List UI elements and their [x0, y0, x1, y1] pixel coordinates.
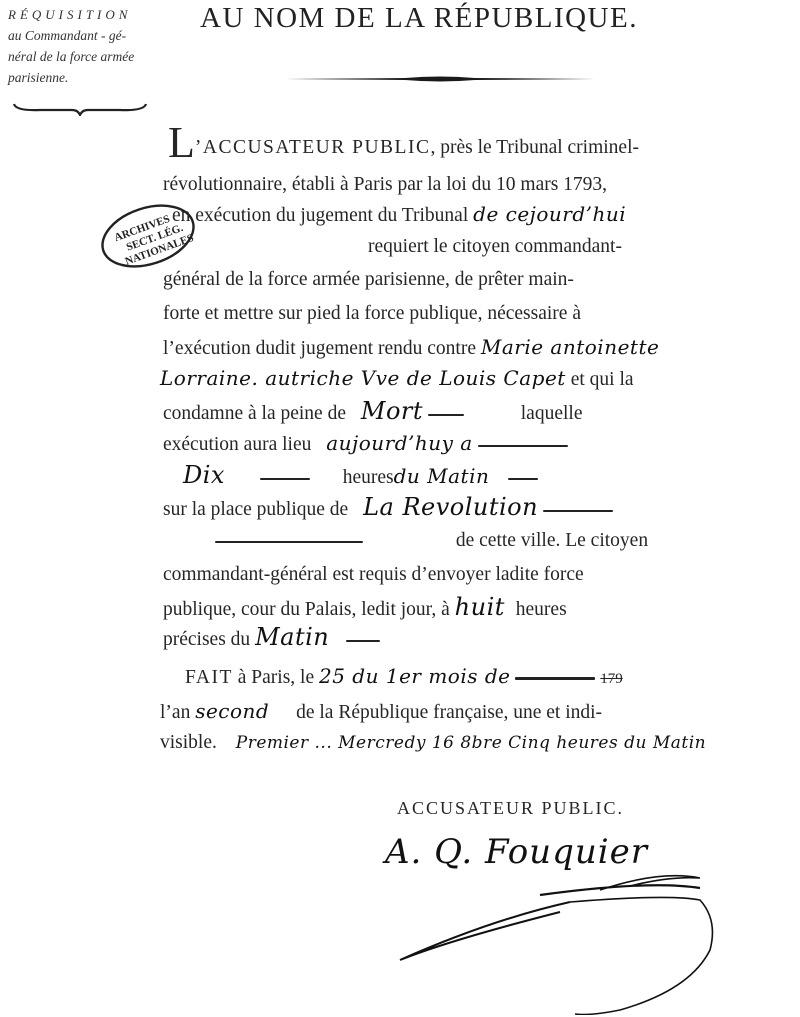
- body-text: de la République française, une et indi-: [296, 702, 602, 723]
- body-text: l’an: [160, 702, 190, 723]
- dash-line: [508, 478, 538, 480]
- handwritten-sentence: Mort: [361, 397, 423, 425]
- an-line: l’an second de la République française, …: [160, 698, 602, 726]
- strikethrough-line: [515, 677, 595, 680]
- body-text: heures: [343, 467, 394, 488]
- handwritten-place: La Revolution: [363, 493, 538, 521]
- body-text: de cette ville. Le citoyen: [456, 530, 648, 551]
- body-line-1: L’ACCUSATEUR PUBLIC, près le Tribunal cr…: [168, 123, 639, 163]
- body-line-14: commandant-général est requis d’envoyer …: [163, 562, 584, 588]
- body-line-4: requiert le citoyen commandant-: [368, 234, 622, 260]
- margin-note-title: RÉQUISITION: [8, 4, 178, 25]
- body-text: heures: [516, 599, 567, 620]
- body-line-8: Lorraine. autriche Vve de Louis Capet et…: [160, 365, 634, 393]
- body-line-9: condamne à la peine de Mort laquelle: [163, 398, 582, 427]
- body-text: et qui la: [571, 369, 634, 390]
- dash-line: [428, 414, 464, 416]
- body-line-15: publique, cour du Palais, ledit jour, à …: [163, 594, 567, 623]
- margin-note-line: au Commandant - gé-: [8, 25, 178, 46]
- dash-line: [260, 478, 310, 480]
- body-text: publique, cour du Palais, ledit jour, à: [163, 599, 450, 620]
- brace-ornament-icon: [10, 100, 150, 116]
- handwritten-name: Marie antoinette: [481, 335, 659, 359]
- body-line-5: général de la force armée parisienne, de…: [163, 267, 574, 293]
- margin-note: RÉQUISITION au Commandant - gé- néral de…: [8, 4, 178, 88]
- handwritten-entry: Matin: [255, 623, 329, 651]
- body-text: laquelle: [521, 403, 583, 424]
- struck-year: 179: [600, 671, 623, 687]
- body-text: visible.: [160, 732, 217, 753]
- body-line-6: forte et mettre sur pied la force publiq…: [163, 301, 581, 327]
- body-line-16: précises du Matin: [163, 624, 380, 653]
- body-text: à Paris, le: [238, 667, 314, 688]
- margin-note-line: parisienne.: [8, 67, 178, 88]
- document-page: RÉQUISITION au Commandant - gé- néral de…: [0, 0, 800, 1017]
- handwritten-entry: aujourd’huy a: [326, 431, 473, 455]
- handwritten-name: Lorraine. autriche Vve de Louis Capet: [160, 366, 566, 390]
- handwritten-entry: du Matin: [394, 464, 490, 488]
- dash-line: [346, 640, 380, 642]
- body-text: sur la place publique de: [163, 499, 348, 520]
- body-line-12: sur la place publique de La Revolution: [163, 494, 613, 523]
- signature-flourish-icon: [370, 820, 740, 1015]
- body-text: l’exécution dudit jugement rendu contre: [163, 338, 476, 359]
- fait-line: FAIT à Paris, le 25 du 1er mois de 179: [185, 663, 623, 692]
- dash-line: [478, 445, 568, 447]
- body-text: , près le Tribunal criminel-: [430, 137, 639, 158]
- handwritten-date: 25 du 1er mois de: [319, 664, 511, 688]
- body-text: en exécution du jugement du Tribunal: [172, 205, 468, 226]
- page-title: AU NOM DE LA RÉPUBLIQUE.: [200, 2, 638, 35]
- body-text: précises du: [163, 629, 250, 650]
- handwritten-entry: de cejourd’hui: [473, 202, 626, 226]
- accusateur-public-heading: ’ACCUSATEUR PUBLIC: [195, 137, 431, 158]
- fait-heading: FAIT: [185, 667, 233, 688]
- margin-note-line: néral de la force armée: [8, 46, 178, 67]
- body-text: condamne à la peine de: [163, 403, 346, 424]
- handwritten-hour: huit: [455, 593, 505, 621]
- dash-line: [543, 510, 613, 512]
- handwritten-year: second: [195, 699, 269, 723]
- body-line-7: l’exécution dudit jugement rendu contre …: [163, 334, 659, 362]
- ornamental-rule-icon: [285, 72, 595, 86]
- body-line-11: Dix heuresdu Matin: [183, 462, 538, 491]
- handwritten-hour: Dix: [183, 461, 225, 489]
- body-line-10: exécution aura lieu aujourd’huy a: [163, 430, 568, 458]
- visible-line: visible. Premier ... Mercredy 16 8bre Ci…: [160, 730, 706, 756]
- handwritten-note: Premier ... Mercredy 16 8bre Cinq heures…: [236, 733, 706, 753]
- body-line-2: révolutionnaire, établi à Paris par la l…: [163, 172, 607, 198]
- drop-cap: L: [168, 118, 195, 167]
- dash-line: [215, 541, 363, 543]
- body-line-3: en exécution du jugement du Tribunal de …: [172, 201, 626, 229]
- body-line-13: de cette ville. Le citoyen: [215, 528, 648, 554]
- signature-title: ACCUSATEUR PUBLIC.: [397, 798, 624, 819]
- body-text: exécution aura lieu: [163, 434, 311, 455]
